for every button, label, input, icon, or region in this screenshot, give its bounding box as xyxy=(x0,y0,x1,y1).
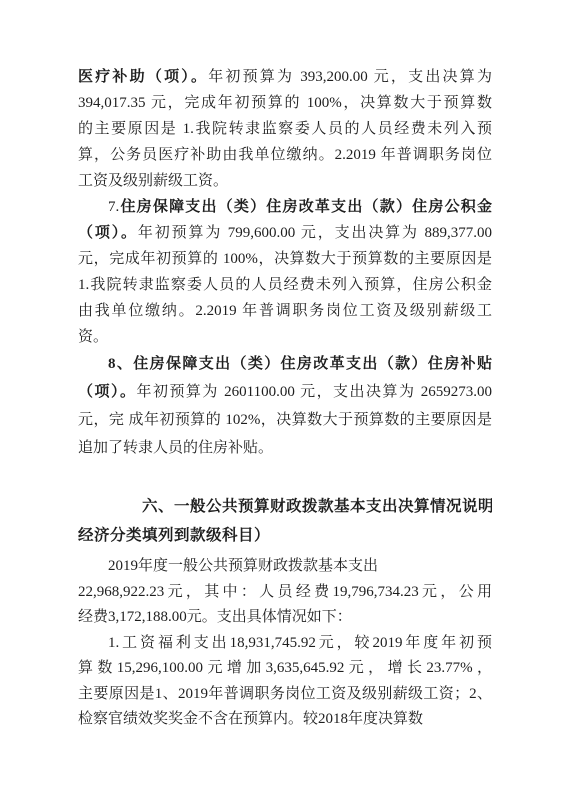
text-segment: 主要原因是1、2019年普调职务岗位工资及级别薪级工资；2、 xyxy=(78,686,492,702)
text-segment: 年初预算为 799,600.00 元，支出决算为 889,377.00 xyxy=(138,225,492,241)
text-line: 元，完 成年初预算的 102%，决算数大于预算数的主要原因是 xyxy=(78,406,492,434)
bold-text-segment: 经济分类填列到款级科目） xyxy=(78,527,270,544)
text-line: 394,017.35 元，完成年初预算的 100%，决算数大于预算数 xyxy=(78,90,492,116)
text-line: 医疗补助（项）。年初预算为 393,200.00 元，支出决算为 xyxy=(78,64,492,90)
text-segment: 算，公务员医疗补助由我单位缴纳。2.2019 年普调职务岗位 xyxy=(78,147,492,163)
text-line: 算数15,296,100.00元增加3,635,645.92元，增长23.77%… xyxy=(78,656,492,682)
text-line: 资。 xyxy=(78,324,492,350)
document-content: 医疗补助（项）。年初预算为 393,200.00 元，支出决算为394,017.… xyxy=(78,64,492,733)
para-medical-subsidy-item: 医疗补助（项）。年初预算为 393,200.00 元，支出决算为394,017.… xyxy=(78,64,492,194)
text-segment: 算数15,296,100.00元增加3,635,645.92元，增长23.77%… xyxy=(78,660,492,676)
text-line: 22,968,922.23元，其中：人员经费19,796,734.23元，公用 xyxy=(78,580,492,606)
text-segment: 元，完成年初预算的 100%，决算数大于预算数的主要原因是 xyxy=(78,251,492,267)
text-line: 算，公务员医疗补助由我单位缴纳。2.2019 年普调职务岗位 xyxy=(78,142,492,168)
text-segment: 资。 xyxy=(78,329,108,345)
text-line: 8、住房保障支出（类）住房改革支出（款）住房补贴 xyxy=(78,350,492,378)
text-segment: 1.工资福利支出18,931,745.92元，较2019年度年初预 xyxy=(108,635,492,651)
para-basic-expenditure-summary: 2019年度一般公共预算财政拨款基本支出22,968,922.23元，其中：人员… xyxy=(78,554,492,631)
bold-text-segment: 住房保障支出（类）住房改革支出（款）住房公积金 xyxy=(119,199,492,215)
text-segment: 追加了转隶人员的住房补贴。 xyxy=(78,440,273,456)
para-1-salary-welfare-expenditure: 1.工资福利支出18,931,745.92元，较2019年度年初预算数15,29… xyxy=(78,631,492,733)
text-line: 7.住房保障支出（类）住房改革支出（款）住房公积金 xyxy=(78,194,492,220)
text-line: 主要原因是1、2019年普调职务岗位工资及级别薪级工资；2、 xyxy=(78,682,492,708)
text-segment: 年初预算为 2601100.00 元，支出决算为 2659273.00 xyxy=(136,384,492,400)
text-line: （项）。年初预算为 799,600.00 元，支出决算为 889,377.00 xyxy=(78,220,492,246)
bold-text-segment: 医疗补助（项）。 xyxy=(78,69,208,85)
text-line: 检察官绩效奖奖金不含在预算内。较2018年度决算数 xyxy=(78,707,492,733)
text-segment: 22,968,922.23元，其中：人员经费19,796,734.23元，公用 xyxy=(78,584,492,600)
heading-section-6: 六、一般公共预算财政拨款基本支出决算情况说明（按经济分类填列到款级科目） xyxy=(78,492,492,550)
text-segment: 394,017.35 元，完成年初预算的 100%，决算数大于预算数 xyxy=(78,95,492,111)
para-7-housing-provident-fund: 7.住房保障支出（类）住房改革支出（款）住房公积金（项）。年初预算为 799,6… xyxy=(78,194,492,350)
text-line: 1.我院转隶监察委人员的人员经费未列入预算，住房公积金 xyxy=(78,272,492,298)
text-segment: 年初预算为 393,200.00 元，支出决算为 xyxy=(208,69,492,85)
text-segment: 检察官绩效奖奖金不含在预算内。较2018年度决算数 xyxy=(78,711,423,727)
bold-text-segment: （项）。 xyxy=(78,225,138,241)
bold-text-segment: （项）。 xyxy=(78,384,136,400)
bold-text-segment: 六、一般公共预算财政拨款基本支出决算情况说明（按 xyxy=(142,498,492,515)
text-segment: 1.我院转隶监察委人员的人员经费未列入预算，住房公积金 xyxy=(78,277,492,293)
text-segment: 由我单位缴纳。2.2019 年普调职务岗位工资及级别薪级工 xyxy=(78,303,492,319)
text-line: 经费3,172,188.00元。支出具体情况如下： xyxy=(78,605,492,631)
text-line: 追加了转隶人员的住房补贴。 xyxy=(78,434,492,462)
text-line: 元，完成年初预算的 100%，决算数大于预算数的主要原因是 xyxy=(78,246,492,272)
para-8-housing-subsidy: 8、住房保障支出（类）住房改革支出（款）住房补贴（项）。年初预算为 260110… xyxy=(78,350,492,462)
text-line: 由我单位缴纳。2.2019 年普调职务岗位工资及级别薪级工 xyxy=(78,298,492,324)
document-page: 医疗补助（项）。年初预算为 393,200.00 元，支出决算为394,017.… xyxy=(0,0,565,800)
text-segment: 的主要原因是 1.我院转隶监察委人员的人员经费未列入预 xyxy=(78,121,492,137)
bold-text-segment: 8、住房保障支出（类）住房改革支出（款）住房补贴 xyxy=(108,356,492,372)
text-segment: 元，完 成年初预算的 102%，决算数大于预算数的主要原因是 xyxy=(78,412,492,428)
text-line: 工资及级别薪级工资。 xyxy=(78,168,492,194)
text-line: 经济分类填列到款级科目） xyxy=(78,521,492,550)
text-line: （项）。年初预算为 2601100.00 元，支出决算为 2659273.00 xyxy=(78,378,492,406)
text-line: 2019年度一般公共预算财政拨款基本支出 xyxy=(78,554,492,580)
text-line: 的主要原因是 1.我院转隶监察委人员的人员经费未列入预 xyxy=(78,116,492,142)
text-segment: 2019年度一般公共预算财政拨款基本支出 xyxy=(108,558,378,574)
text-segment: 经费3,172,188.00元。支出具体情况如下： xyxy=(78,609,352,625)
text-line: 1.工资福利支出18,931,745.92元，较2019年度年初预 xyxy=(78,631,492,657)
text-segment: 7. xyxy=(108,199,119,215)
text-segment: 工资及级别薪级工资。 xyxy=(78,173,228,189)
text-line: 六、一般公共预算财政拨款基本支出决算情况说明（按 xyxy=(78,492,492,521)
